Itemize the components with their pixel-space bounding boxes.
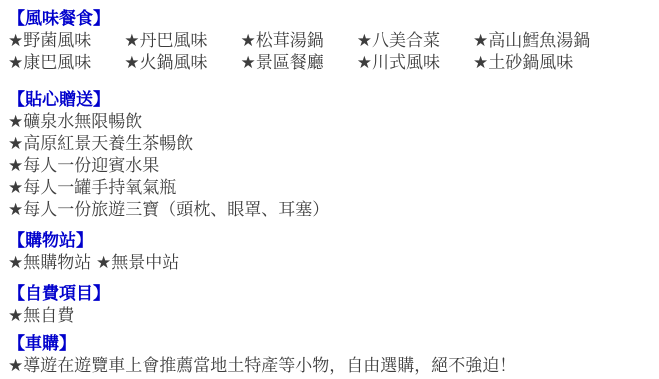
section-heading-bus-purchase: 【車購】 xyxy=(8,333,651,355)
meal-item: ★火鍋風味 xyxy=(124,52,207,74)
meal-item: ★土砂鍋風味 xyxy=(473,52,573,74)
meal-item: ★野菌風味 xyxy=(8,30,91,52)
section-shopping-stops: 【購物站】 ★無購物站 ★無景中站 xyxy=(8,230,651,274)
list-item: ★礦泉水無限暢飲 xyxy=(8,111,651,133)
meal-item: ★松茸湯鍋 xyxy=(241,30,324,52)
section-self-pay: 【自費項目】 ★無自費 xyxy=(8,283,651,327)
section-meals: 【風味餐食】 ★野菌風味 ★丹巴風味 ★松茸湯鍋 ★八美合菜 ★高山鱈魚湯鍋 ★… xyxy=(8,8,651,74)
section-heading-gifts: 【貼心贈送】 xyxy=(8,89,651,111)
section-heading-shopping-stops: 【購物站】 xyxy=(8,230,651,252)
meal-item: ★康巴風味 xyxy=(8,52,91,74)
list-item: ★高原紅景天養生茶暢飲 xyxy=(8,133,651,155)
tour-notes-document: 【風味餐食】 ★野菌風味 ★丹巴風味 ★松茸湯鍋 ★八美合菜 ★高山鱈魚湯鍋 ★… xyxy=(0,0,659,379)
list-item: ★導遊在遊覽車上會推薦當地土特產等小物，自由選購，絕不強迫！ xyxy=(8,355,651,377)
section-gifts: 【貼心贈送】 ★礦泉水無限暢飲 ★高原紅景天養生茶暢飲 ★每人一份迎賓水果 ★每… xyxy=(8,89,651,221)
meal-item: ★八美合菜 xyxy=(357,30,440,52)
meal-item: ★高山鱈魚湯鍋 xyxy=(473,30,590,52)
list-item: ★無購物站 ★無景中站 xyxy=(8,252,651,274)
list-item: ★每人一罐手持氧氣瓶 xyxy=(8,177,651,199)
list-item: ★無自費 xyxy=(8,305,651,327)
meal-item: ★川式風味 xyxy=(357,52,440,74)
meal-item: ★景區餐廳 xyxy=(241,52,324,74)
section-heading-meals: 【風味餐食】 xyxy=(8,8,651,30)
meal-row-2: ★康巴風味 ★火鍋風味 ★景區餐廳 ★川式風味 ★土砂鍋風味 xyxy=(8,52,651,74)
list-item: ★每人一份旅遊三寶（頭枕、眼罩、耳塞） xyxy=(8,199,651,221)
list-item: ★每人一份迎賓水果 xyxy=(8,155,651,177)
section-bus-purchase: 【車購】 ★導遊在遊覽車上會推薦當地土特產等小物，自由選購，絕不強迫！ xyxy=(8,333,651,377)
meal-item: ★丹巴風味 xyxy=(124,30,207,52)
section-heading-self-pay: 【自費項目】 xyxy=(8,283,651,305)
meal-row-1: ★野菌風味 ★丹巴風味 ★松茸湯鍋 ★八美合菜 ★高山鱈魚湯鍋 xyxy=(8,30,651,52)
